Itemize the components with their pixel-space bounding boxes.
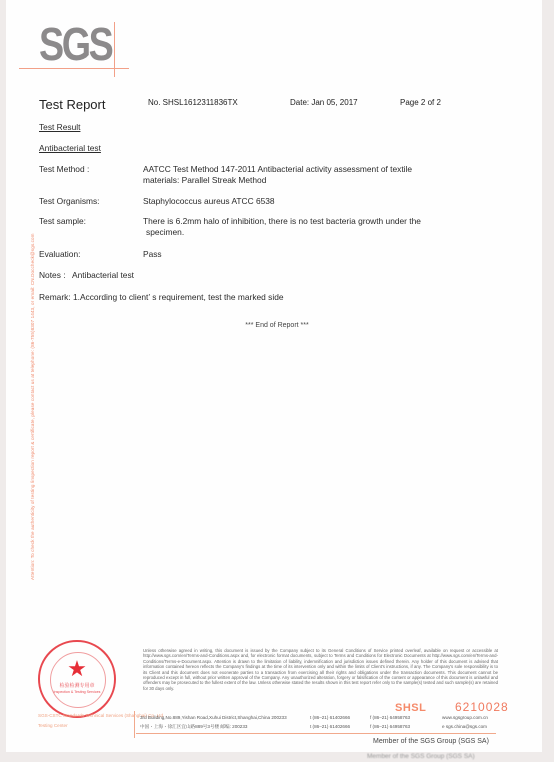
address-en: 3rd Building,No.889,Yishan Road,Xuhui Di… (140, 715, 287, 720)
address-cn: 中国・上海・徐汇区宜山路889号3号楼 邮编: 200233 (140, 724, 247, 730)
value-line: specimen. (143, 227, 421, 238)
seal-text-cn: 检验检测专用章 (40, 682, 114, 689)
org-name-line2: Testing Center (38, 723, 68, 728)
value-line: AATCC Test Method 147-2011 Antibacterial… (143, 164, 412, 175)
field-value-test-method: AATCC Test Method 147-2011 Antibacterial… (143, 164, 412, 186)
website-link[interactable]: www.sgsgroup.com.cn (442, 715, 488, 720)
report-title: Test Report (39, 97, 105, 112)
fax-1: f (86–21) 64958763 (370, 715, 410, 720)
logo-divider-vertical (114, 22, 115, 77)
logo-divider (19, 68, 129, 69)
seal-text-en: Inspection & Testing Services (40, 690, 114, 694)
serial-prefix: SHSL (395, 702, 426, 714)
member-statement-bleed: Member of the SGS Group (SGS SA) (367, 753, 475, 760)
field-value-test-organisms: Staphylococcus aureus ATCC 6538 (143, 196, 275, 207)
fax-2: f (86–21) 64958763 (370, 724, 410, 729)
field-value-evaluation: Pass (143, 249, 162, 260)
field-label-test-organisms: Test Organisms: (39, 196, 100, 207)
member-statement: Member of the SGS Group (SGS SA) (373, 738, 489, 745)
authenticity-note: Attention: To check the authenticity of … (30, 100, 35, 580)
section-antibacterial-test: Antibacterial test (39, 143, 101, 154)
serial-number: 6210028 (455, 700, 509, 714)
remark: Remark: 1.According to client’ s require… (39, 292, 284, 303)
field-value-test-sample: There is 6.2mm halo of inhibition, there… (143, 216, 421, 238)
phone-1: t (86–21) 61402666 (310, 715, 350, 720)
field-label-test-sample: Test sample: (39, 216, 86, 227)
email-link[interactable]: e sgs.china@sgs.com (442, 724, 487, 729)
notes: Notes : Antibacterial test (39, 270, 134, 281)
end-of-report: *** End of Report *** (0, 322, 554, 329)
report-number: No. SHSL1612311836TX (148, 98, 238, 107)
footer-divider-vertical (134, 711, 135, 738)
footer-divider (136, 733, 496, 734)
value-line: There is 6.2mm halo of inhibition, there… (143, 216, 421, 227)
value-line: materials: Parallel Streak Method (143, 175, 412, 186)
phone-2: t (86–21) 61402666 (310, 724, 350, 729)
star-icon: ★ (40, 658, 114, 680)
company-seal: ★ 检验检测专用章 Inspection & Testing Services (38, 640, 116, 718)
legal-disclaimer: Unless otherwise agreed in writing, this… (143, 648, 498, 691)
report-date: Date: Jan 05, 2017 (290, 98, 358, 107)
field-label-test-method: Test Method : (39, 164, 89, 175)
section-test-result: Test Result (39, 122, 80, 133)
page-indicator: Page 2 of 2 (400, 98, 441, 107)
report-page (6, 0, 542, 752)
field-label-evaluation: Evaluation: (39, 249, 80, 260)
sgs-logo: SGS (39, 21, 111, 67)
